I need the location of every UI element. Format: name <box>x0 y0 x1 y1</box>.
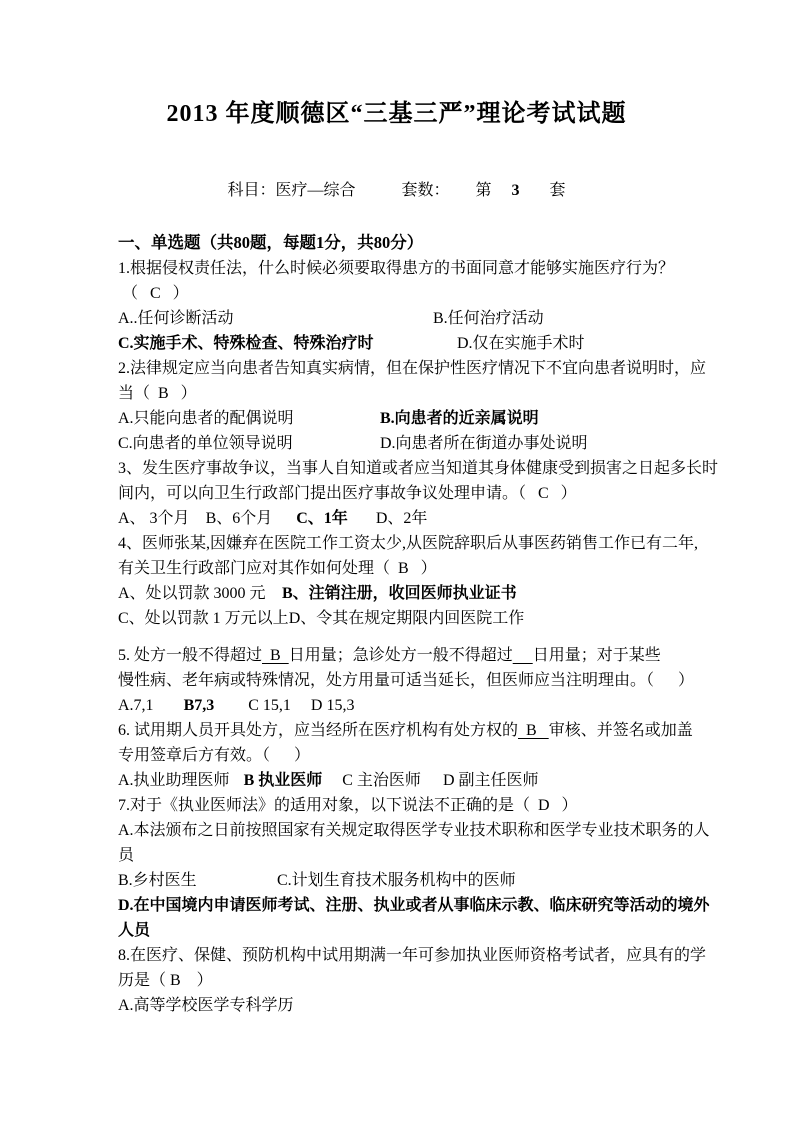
text-segment: D、令其在规定期限内回医院工作 <box>289 610 525 627</box>
text-segment: A..任何诊断活动 <box>118 306 433 331</box>
text-segment: 当（ B ） <box>118 385 197 402</box>
text-segment: B、6个月 <box>206 510 273 527</box>
set-prefix: 第 <box>476 182 492 199</box>
text-segment: 专用签章后方有效。（ ） <box>118 747 310 764</box>
text-segment: B.任何治疗活动 <box>433 310 544 327</box>
text-segment: 审核、并签名或加盖 <box>549 722 693 739</box>
text-segment: A.7,1 <box>118 697 154 714</box>
text-segment: 日用量；急诊处方一般不得超过 <box>289 647 513 664</box>
q3-text-1: 3、发生医疗事故争议，当事人自知道或者应当知道其身体健康受到损害之日起多长时 <box>118 456 683 481</box>
q8-text-2: 历是（ B ） <box>118 968 683 993</box>
exam-paper-page: 2013 年度顺德区“三基三严”理论考试试题 科目：医疗—综合套数：第3套 一、… <box>0 0 793 1122</box>
text-segment: B.乡村医生 <box>118 868 277 893</box>
q5-options: A.7,1B7,3C 15,1D 15,3 <box>118 693 683 718</box>
text-segment: B.向患者的近亲属说明 <box>380 410 539 427</box>
text-segment: 间内，可以向卫生行政部门提出医疗事故争议处理申请。（ C ） <box>118 485 577 502</box>
q2-options-cd: C.向患者的单位领导说明D.向患者所在街道办事处说明 <box>118 431 683 456</box>
exam-title: 2013 年度顺德区“三基三严”理论考试试题 <box>0 0 793 131</box>
q1-text: 1.根据侵权责任法，什么时候必须要取得患方的书面同意才能够实施医疗行为？ <box>118 256 683 281</box>
text-segment: 慢性病、老年病或特殊情况，处方用量可适当延长，但医师应当注明理由。（ ） <box>118 672 694 689</box>
text-segment: D、2年 <box>376 510 428 527</box>
text-segment: C、1年 <box>296 510 348 527</box>
q4-options-ab: A、处以罚款 3000 元B、注销注册，收回医师执业证书 <box>118 581 683 606</box>
subject-label: 科目： <box>227 182 275 199</box>
q4-options-cd: C、处以罚款 1 万元以上D、令其在规定期限内回医院工作 <box>118 606 683 631</box>
q2-text-1: 2.法律规定应当向患者告知真实病情，但在保护性医疗情况下不宜向患者说明时，应 <box>118 356 683 381</box>
q2-options-ab: A.只能向患者的配偶说明B.向患者的近亲属说明 <box>118 406 683 431</box>
q6-options: A.执业助理医师B 执业医师C 主治医师D 副主任医师 <box>118 768 683 793</box>
answer-blank: B <box>518 722 549 739</box>
document-content: 一、单选题（共80题，每题1分，共80分） 1.根据侵权责任法，什么时候必须要取… <box>0 230 793 1018</box>
q1-answer: （ C ） <box>118 281 683 306</box>
text-segment: D.仅在实施手术时 <box>457 335 585 352</box>
text-segment: 有关卫生行政部门应对其作如何处理（ B ） <box>118 560 437 577</box>
text-segment: 2.法律规定应当向患者告知真实病情，但在保护性医疗情况下不宜向患者说明时，应 <box>118 360 706 377</box>
section-heading: 一、单选题（共80题，每题1分，共80分） <box>118 230 683 256</box>
text-segment: A.高等学校医学专科学历 <box>118 997 294 1014</box>
text-segment: C.向患者的单位领导说明 <box>118 431 380 456</box>
spacer-line <box>118 631 683 643</box>
q7-option-d-1: D.在中国境内申请医师考试、注册、执业或者从事临床示教、临床研究等活动的境外 <box>118 893 683 918</box>
text-segment: 7.对于《执业医师法》的适用对象，以下说法不正确的是（ D ） <box>118 797 578 814</box>
q5-text-2: 慢性病、老年病或特殊情况，处方用量可适当延长，但医师应当注明理由。（ ） <box>118 668 683 693</box>
text-segment: C 主治医师 <box>342 772 421 789</box>
text-segment: 3、发生医疗事故争议，当事人自知道或者应当知道其身体健康受到损害之日起多长时 <box>118 460 718 477</box>
text-segment: 4、医师张某,因嫌弃在医院工作工资太少,从医院辞职后从事医药销售工作已有二年, <box>118 535 698 552</box>
q4-text-1: 4、医师张某,因嫌弃在医院工作工资太少,从医院辞职后从事医药销售工作已有二年, <box>118 531 683 556</box>
text-segment: D 15,3 <box>311 697 355 714</box>
q7-text: 7.对于《执业医师法》的适用对象，以下说法不正确的是（ D ） <box>118 793 683 818</box>
answer-blank: B <box>262 647 289 664</box>
set-number: 3 <box>512 182 520 199</box>
q7-option-a-1: A.本法颁布之日前按照国家有关规定取得医学专业技术职称和医学专业技术职务的人 <box>118 818 683 843</box>
q3-options: A、 3个月B、6个月C、1年D、2年 <box>118 506 683 531</box>
set-suffix: 套 <box>550 182 566 199</box>
text-segment: C.计划生育技术服务机构中的医师 <box>277 872 516 889</box>
q4-text-2: 有关卫生行政部门应对其作如何处理（ B ） <box>118 556 683 581</box>
text-segment: 人员 <box>118 922 150 939</box>
q6-text-1: 6. 试用期人员开具处方，应当经所在医疗机构有处方权的 B 审核、并签名或加盖 <box>118 718 683 743</box>
text-segment: A.本法颁布之日前按照国家有关规定取得医学专业技术职称和医学专业技术职务的人 <box>118 822 710 839</box>
text-segment: A.只能向患者的配偶说明 <box>118 406 380 431</box>
text-segment: B 执业医师 <box>244 772 323 789</box>
q2-text-2: 当（ B ） <box>118 381 683 406</box>
q5-text-1: 5. 处方一般不得超过 B 日用量；急诊处方一般不得超过 日用量；对于某些 <box>118 643 683 668</box>
text-segment: C、处以罚款 1 万元以上 <box>118 606 289 631</box>
q7-option-a-2: 员 <box>118 843 683 868</box>
answer-blank <box>513 647 533 664</box>
text-segment: A、处以罚款 3000 元 <box>118 581 282 606</box>
text-segment: D.向患者所在街道办事处说明 <box>380 435 588 452</box>
q7-option-d-2: 人员 <box>118 918 683 943</box>
q1-options-cd: C.实施手术、特殊检查、特殊治疗时D.仅在实施手术时 <box>118 331 683 356</box>
subject-value: 医疗—综合 <box>275 182 355 199</box>
text-segment: 6. 试用期人员开具处方，应当经所在医疗机构有处方权的 <box>118 722 518 739</box>
text-segment: A.执业助理医师 <box>118 772 230 789</box>
text-segment: 5. 处方一般不得超过 <box>118 647 262 664</box>
text-segment: 历是（ B ） <box>118 972 213 989</box>
text-segment: B7,3 <box>184 697 215 714</box>
document-lines: 1.根据侵权责任法，什么时候必须要取得患方的书面同意才能够实施医疗行为？ （ C… <box>118 256 683 1018</box>
q8-text-1: 8.在医疗、保健、预防机构中试用期满一年可参加执业医师资格考试者，应具有的学 <box>118 943 683 968</box>
q3-text-2: 间内，可以向卫生行政部门提出医疗事故争议处理申请。（ C ） <box>118 481 683 506</box>
q6-text-2: 专用签章后方有效。（ ） <box>118 743 683 768</box>
text-segment: 8.在医疗、保健、预防机构中试用期满一年可参加执业医师资格考试者，应具有的学 <box>118 947 706 964</box>
set-label: 套数： <box>401 182 449 199</box>
text-segment: D 副主任医师 <box>443 772 539 789</box>
text-segment: 员 <box>118 847 134 864</box>
q1-options-ab: A..任何诊断活动B.任何治疗活动 <box>118 306 683 331</box>
text-segment: C 15,1 <box>248 697 291 714</box>
text-segment: C.实施手术、特殊检查、特殊治疗时 <box>118 331 457 356</box>
text-segment: D.在中国境内申请医师考试、注册、执业或者从事临床示教、临床研究等活动的境外 <box>118 897 710 914</box>
text-segment: B、注销注册，收回医师执业证书 <box>282 585 517 602</box>
text-segment: 日用量；对于某些 <box>533 647 661 664</box>
text-segment: A、 3个月 <box>118 510 190 527</box>
text-segment: 1.根据侵权责任法，什么时候必须要取得患方的书面同意才能够实施医疗行为？ <box>118 260 674 277</box>
text-segment: （ C ） <box>118 285 189 302</box>
q7-options-bc: B.乡村医生C.计划生育技术服务机构中的医师 <box>118 868 683 893</box>
exam-meta: 科目：医疗—综合套数：第3套 <box>0 180 793 202</box>
q8-option-a: A.高等学校医学专科学历 <box>118 993 683 1018</box>
